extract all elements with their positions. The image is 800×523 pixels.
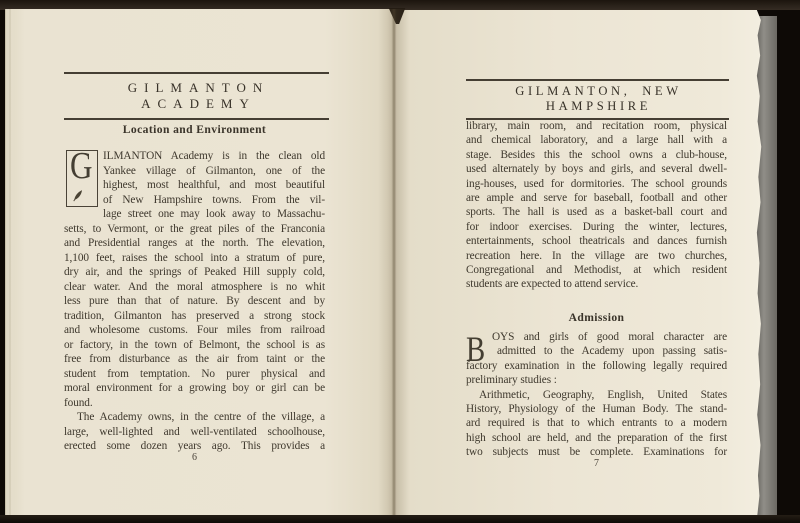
body-text-line: ing-houses, used for dormitories. The sc…	[466, 177, 727, 191]
body-text-line: large, well-lighted and well-ventilated …	[64, 425, 325, 440]
running-head-left: GILMANTON ACADEMY	[64, 72, 329, 120]
body-text-line: lage street one may look away to Massach…	[64, 207, 325, 222]
body-text-line: dry air, and the springs of Peaked Hill …	[64, 265, 325, 280]
page-number-right: 7	[466, 458, 727, 469]
book-scan: GILMANTON ACADEMY Location and Environme…	[0, 0, 800, 523]
body-text-line: and Presidential ranges at the north. Th…	[64, 236, 325, 251]
page-number-left: 6	[64, 452, 325, 463]
body-text-line: entertainments, school theatricals and d…	[466, 234, 727, 248]
book-gutter	[378, 9, 410, 516]
body-text-line: 1,100 feet, raises the school into a str…	[64, 251, 325, 266]
body-text-line: for indoor exercises. During the winter,…	[466, 220, 727, 234]
body-text-line: student from temptation. No purer physic…	[64, 367, 325, 382]
body-text-line: preliminary studies :	[466, 373, 727, 387]
body-text-line: stage. Besides this the school owns a cl…	[466, 148, 727, 162]
body-text-line: and chemical laboratory, and a large hal…	[466, 133, 727, 147]
stacked-page-edges	[5, 9, 14, 516]
body-text-line: sports. The hall is used as a basket-bal…	[466, 205, 727, 219]
body-text-line: OYS and girls of good moral character ar…	[466, 330, 727, 344]
body-text-line: ILMANTON Academy is in the clean old	[64, 149, 325, 164]
paragraph: factory examination in the following leg…	[466, 359, 727, 388]
body-text-line: moral environment for a growing boy or g…	[64, 381, 325, 396]
running-head-right: GILMANTON, NEW HAMPSHIRE	[466, 79, 729, 120]
paragraph: B OYS and girls of good moral character …	[466, 330, 727, 359]
paragraph: The Academy owns, in the centre of the v…	[64, 410, 325, 454]
body-text-line: Congregational and Methodist, at which r…	[466, 263, 727, 277]
section-heading-location: Location and Environment	[64, 123, 325, 136]
body-text-line: and wholesome customs. Four miles from r…	[64, 323, 325, 338]
bottom-border	[0, 515, 800, 523]
body-text-line: recreation here. In the village are two …	[466, 249, 727, 263]
section-heading-admission: Admission	[466, 311, 727, 324]
body-text-line: History, Physiology of the Human Body. T…	[466, 402, 727, 416]
body-text-line: used alternately by boys and girls, and …	[466, 162, 727, 176]
paragraph: setts, to Vermont, or the great piles of…	[64, 222, 325, 411]
body-text-line: free from disturbance as the air from ta…	[64, 352, 325, 367]
body-text-line: The Academy owns, in the centre of the v…	[64, 410, 325, 425]
body-text-line: are ample and serve for baseball, footba…	[466, 191, 727, 205]
body-text-line: of New Hampshire towns. From the vil-	[64, 193, 325, 208]
body-text-line: ard required is that to which entrants t…	[466, 416, 727, 430]
body-text-line: clear water. And the moral atmosphere is…	[64, 280, 325, 295]
body-text-line: library, main room, and recitation room,…	[466, 119, 727, 133]
paragraph: Arithmetic, Geography, English, United S…	[466, 388, 727, 460]
body-text-line: factory examination in the following leg…	[466, 359, 727, 373]
body-text-line: less pure than that of nature. By descen…	[64, 294, 325, 309]
body-text-line: students are expected to attend service.	[466, 277, 727, 291]
body-text-line: high school are held, and the preparatio…	[466, 431, 727, 445]
body-text-line: Arithmetic, Geography, English, United S…	[466, 388, 727, 402]
body-text-line: Yankee village of Gilmanton, one of the	[64, 164, 325, 179]
body-text-line: or factory, in the town of Belmont, the …	[64, 338, 325, 353]
body-text-line: admitted to the Academy upon passing sat…	[466, 344, 727, 358]
paragraph: ILMANTON Academy is in the clean oldYank…	[64, 149, 325, 222]
body-text-line: setts, to Vermont, or the great piles of…	[64, 222, 325, 237]
body-text-line: found.	[64, 396, 325, 411]
body-text-line: highest, most healthful, and most beauti…	[64, 178, 325, 193]
body-text-line: tradition, Gilmanton has preserved a str…	[64, 309, 325, 324]
paragraph: library, main room, and recitation room,…	[466, 119, 727, 292]
